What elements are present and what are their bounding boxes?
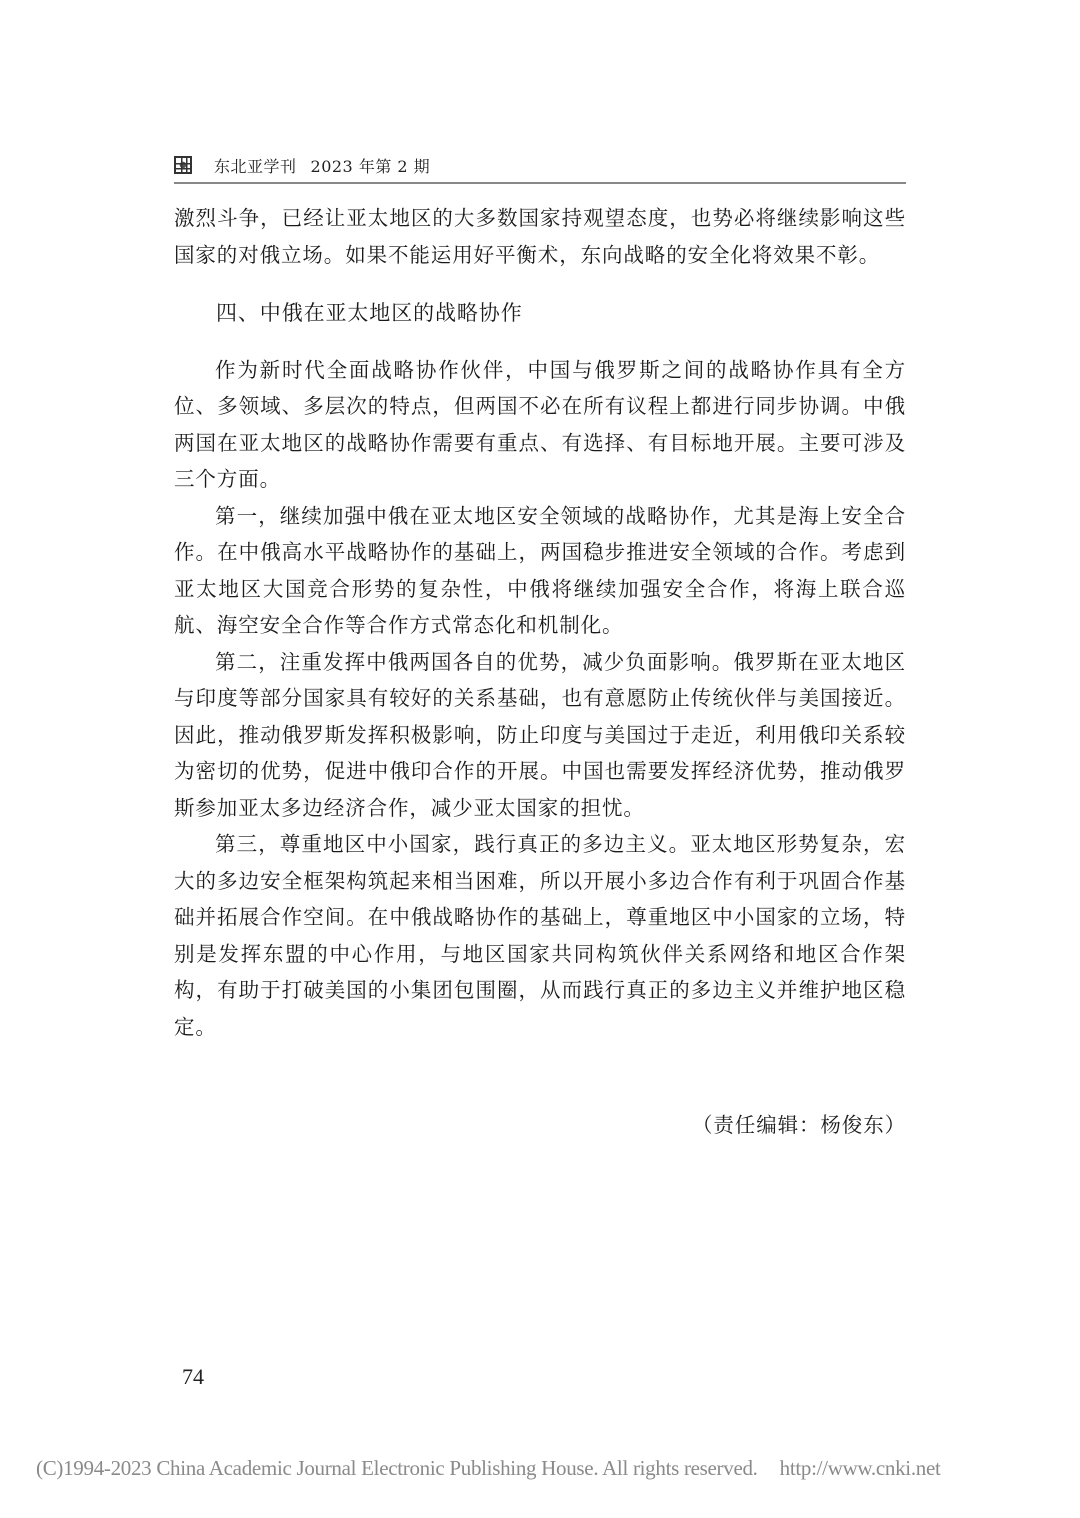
- journal-issue: 2023 年第 2 期: [311, 157, 431, 176]
- copyright-footer: (C)1994-2023 China Academic Journal Elec…: [36, 1456, 1036, 1481]
- paragraph-intro: 作为新时代全面战略协作伙伴，中国与俄罗斯之间的战略协作具有全方位、多领域、多层次…: [174, 352, 906, 498]
- journal-logo-icon: [174, 156, 192, 174]
- header-divider: [174, 182, 906, 184]
- journal-title: 东北亚学刊2023 年第 2 期: [214, 154, 430, 177]
- editor-note: （责任编辑：杨俊东）: [692, 1108, 906, 1138]
- paragraph-first-point: 第一，继续加强中俄在亚太地区安全领域的战略协作，尤其是海上安全合作。在中俄高水平…: [174, 498, 906, 644]
- cnki-link[interactable]: http://www.cnki.net: [780, 1456, 941, 1480]
- running-header: 东北亚学刊2023 年第 2 期: [174, 148, 906, 182]
- section-heading: 四、中俄在亚太地区的战略协作: [174, 295, 906, 332]
- paragraph-second-point: 第二，注重发挥中俄两国各自的优势，减少负面影响。俄罗斯在亚太地区与印度等部分国家…: [174, 644, 906, 827]
- copyright-text: (C)1994-2023 China Academic Journal Elec…: [36, 1456, 758, 1480]
- continued-paragraph: 激烈斗争，已经让亚太地区的大多数国家持观望态度，也势必将继续影响这些国家的对俄立…: [174, 200, 906, 273]
- page-number: 74: [182, 1364, 204, 1390]
- paragraph-third-point: 第三，尊重地区中小国家，践行真正的多边主义。亚太地区形势复杂，宏大的多边安全框架…: [174, 826, 906, 1045]
- journal-name: 东北亚学刊: [214, 157, 297, 176]
- article-body: 激烈斗争，已经让亚太地区的大多数国家持观望态度，也势必将继续影响这些国家的对俄立…: [174, 200, 906, 1045]
